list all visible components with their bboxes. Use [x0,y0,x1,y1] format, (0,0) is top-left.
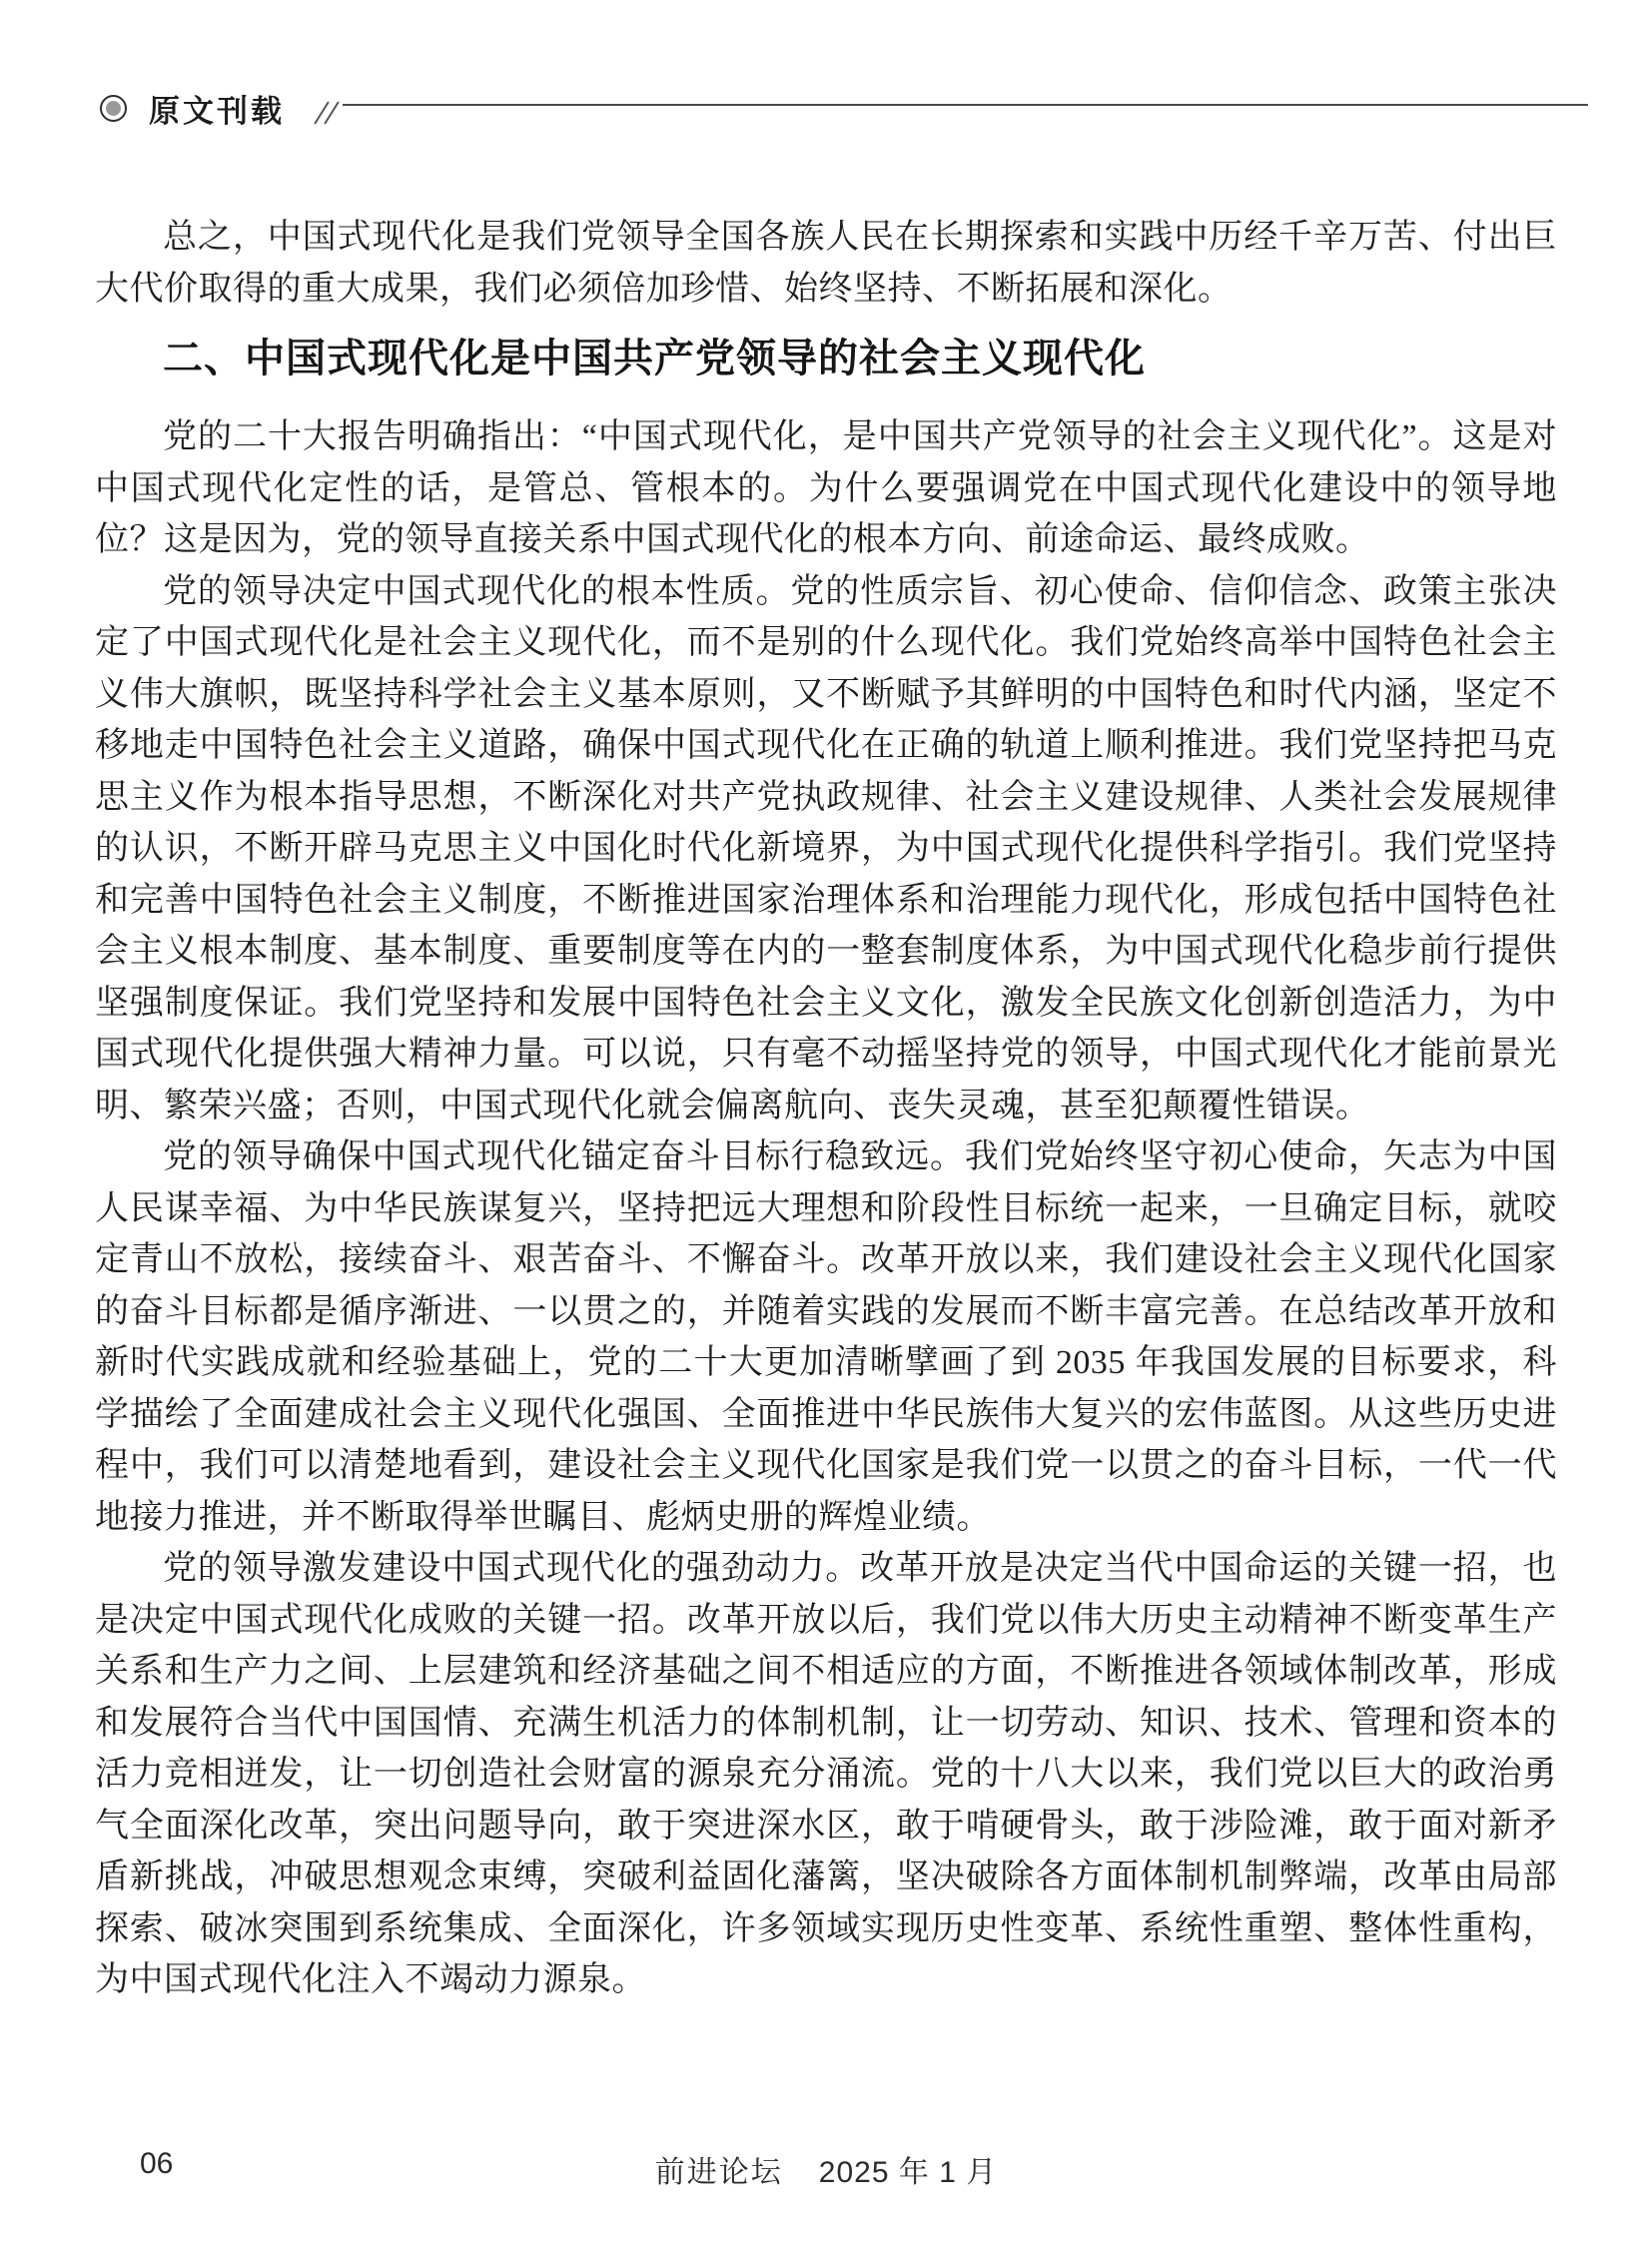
double-slash-icon [313,88,343,128]
article-body: 总之，中国式现代化是我们党领导全国各族人民在长期探索和实践中历经千辛万苦、付出巨… [95,212,1557,2006]
document-page: 原文刊载 总之，中国式现代化是我们党领导全国各族人民在长期探索和实践中历经千辛万… [0,0,1652,2242]
header-label: 原文刊载 [149,86,285,131]
paragraph: 党的领导激发建设中国式现代化的强劲动力。改革开放是决定当代中国命运的关键一招，也… [95,1543,1557,2006]
journal-name: 前进论坛 [655,2156,783,2189]
issue-date: 2025 年 1 月 [819,2156,997,2189]
page-footer: 06 前进论坛2025 年 1 月 [0,2147,1652,2191]
paragraph: 党的二十大报告明确指出：“中国式现代化，是中国共产党领导的社会主义现代化”。这是… [95,411,1557,566]
page-header: 原文刊载 [100,88,1588,128]
page-number: 06 [140,2147,173,2181]
footer-journal-line: 前进论坛2025 年 1 月 [0,2147,1652,2191]
header-rule [343,104,1588,106]
paragraph: 党的领导决定中国式现代化的根本性质。党的性质宗旨、初心使命、信仰信念、政策主张决… [95,566,1557,1132]
section-heading: 二、中国式现代化是中国共产党领导的社会主义现代化 [95,332,1557,385]
paragraph: 总之，中国式现代化是我们党领导全国各族人民在长期探索和实践中历经千辛万苦、付出巨… [95,212,1557,315]
paragraph: 党的领导确保中国式现代化锚定奋斗目标行稳致远。我们党始终坚守初心使命，矢志为中国… [95,1131,1557,1543]
ring-dot-icon [100,95,127,122]
